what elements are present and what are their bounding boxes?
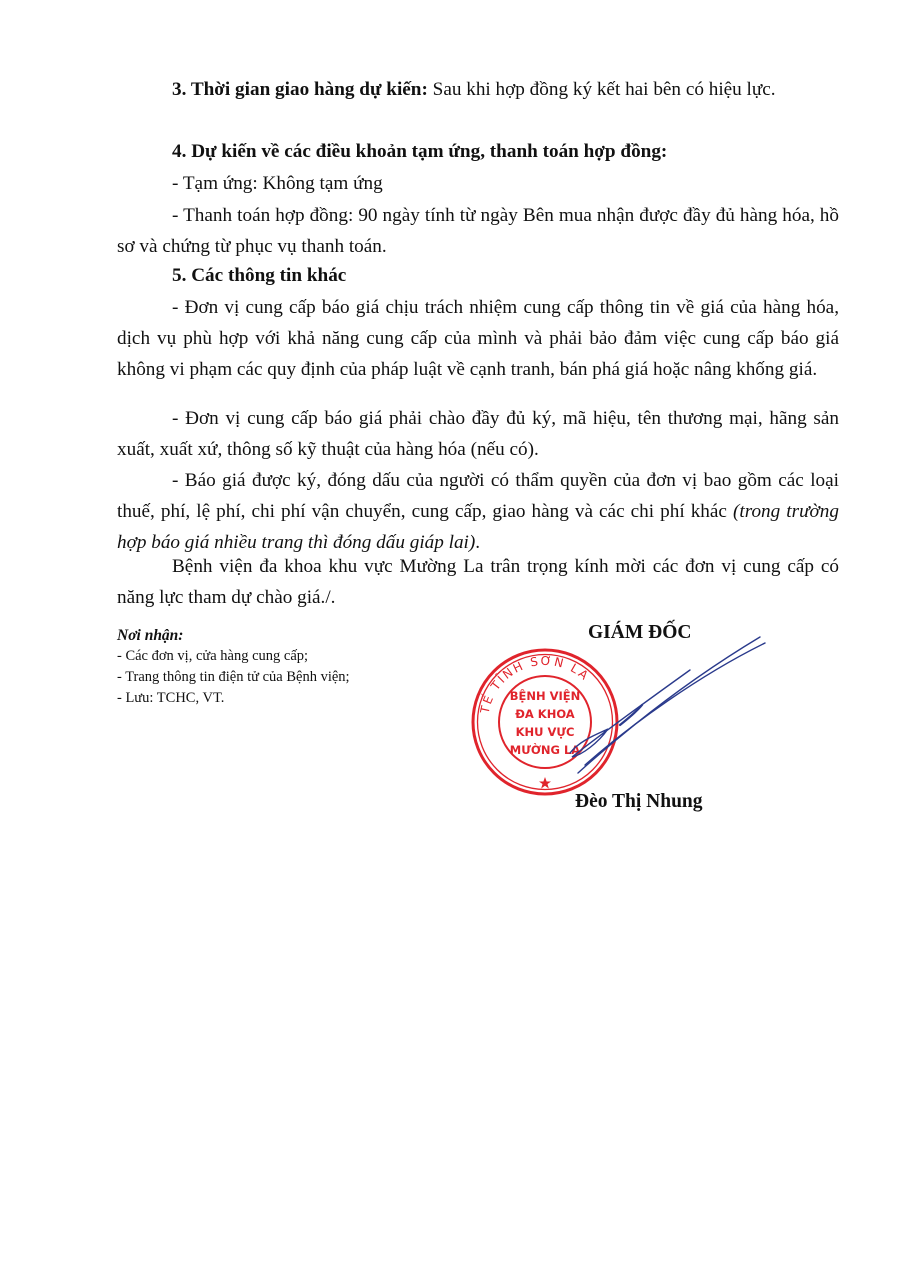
recipient-item: - Trang thông tin điện tử của Bệnh viện; xyxy=(117,667,350,688)
recipients-title: Nơi nhận: xyxy=(117,625,350,646)
signer-name: Đèo Thị Nhung xyxy=(575,791,703,813)
section-5-item-end: . xyxy=(475,532,480,553)
section-3-heading: 3. Thời gian giao hàng dự kiến: xyxy=(172,79,428,100)
recipient-item: - Các đơn vị, cửa hàng cung cấp; xyxy=(117,646,350,667)
section-4-item: - Thanh toán hợp đồng: 90 ngày tính từ n… xyxy=(117,200,839,262)
section-5-heading: 5. Các thông tin khác xyxy=(117,260,839,291)
recipients-block: Nơi nhận: - Các đơn vị, cửa hàng cung cấ… xyxy=(117,625,350,709)
section-5-item: - Báo giá được ký, đóng dấu của người có… xyxy=(117,465,839,558)
star-icon xyxy=(539,777,551,789)
recipient-item: - Lưu: TCHC, VT. xyxy=(117,688,350,709)
section-3-text: Sau khi hợp đồng ký kết hai bên có hiệu … xyxy=(428,79,776,100)
closing-paragraph: Bệnh viện đa khoa khu vực Mường La trân … xyxy=(117,551,839,613)
section-5-item-text: - Báo giá được ký, đóng dấu của người có… xyxy=(117,470,839,522)
signature-scribble xyxy=(560,625,770,785)
section-5-item: - Đơn vị cung cấp báo giá phải chào đầy … xyxy=(117,403,839,465)
section-4-heading: 4. Dự kiến về các điều khoản tạm ứng, th… xyxy=(117,136,839,167)
section-4-item: - Tạm ứng: Không tạm ứng xyxy=(117,168,839,199)
section-5-item: - Đơn vị cung cấp báo giá chịu trách nhi… xyxy=(117,292,839,385)
section-3: 3. Thời gian giao hàng dự kiến: Sau khi … xyxy=(117,74,839,105)
